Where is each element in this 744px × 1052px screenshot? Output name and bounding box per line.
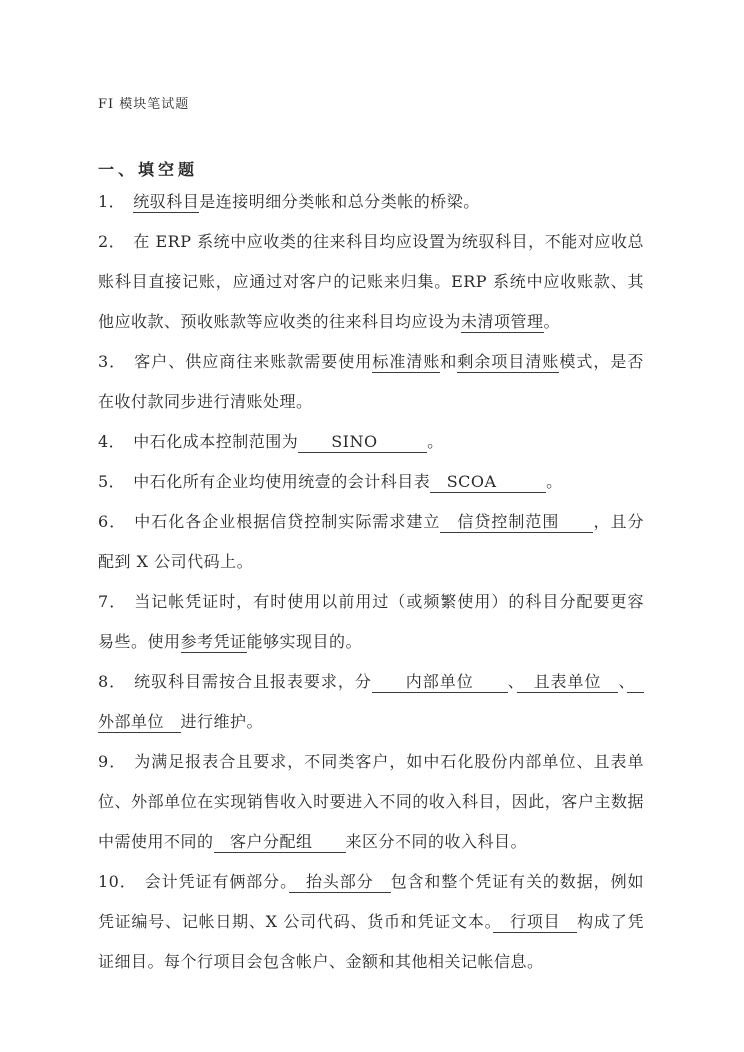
question-number: 5． xyxy=(98,472,125,491)
question-number: 1． xyxy=(98,192,125,211)
question-number: 8． xyxy=(98,672,126,691)
question-4: 4．中石化成本控制范围为 SINO 。 xyxy=(98,422,644,462)
question-text-run: 、 xyxy=(508,672,517,691)
question-text-run: 进行维护。 xyxy=(181,712,264,731)
question-text-run: 客户、供应商往来账款需要使用 xyxy=(134,352,372,371)
question-6: 6．中石化各企业根据信贷控制实际需求建立 信贷控制范围 ，且分配到 X 公司代码… xyxy=(98,502,644,582)
question-text-run: 中石化成本控制范围为 xyxy=(133,432,298,451)
answer-underlined: SINO xyxy=(298,432,427,453)
question-text-run: 会计凭证有俩部分。 xyxy=(145,872,289,891)
question-text-run: 统驭科目需按合且报表要求，分 xyxy=(134,672,372,691)
answer-underlined: 参考凭证 xyxy=(181,632,247,653)
answer-underlined: 统驭科目 xyxy=(133,192,199,213)
question-number: 4． xyxy=(98,432,125,451)
questions-list: 1．统驭科目是连接明细分类帐和总分类帐的桥梁。2．在 ERP 系统中应收类的往来… xyxy=(98,182,644,982)
question-8: 8．统驭科目需按合且报表要求，分 内部单位 、 且表单位 、 外部单位 进行维护… xyxy=(98,662,644,742)
answer-underlined: 剩余项目清账 xyxy=(457,352,559,373)
answer-underlined: SCOA xyxy=(430,472,546,493)
question-text-run: 中石化所有企业均使用统壹的会计科目表 xyxy=(133,472,430,491)
question-text-run: 来区分不同的收入科目。 xyxy=(346,832,528,851)
question-number: 3． xyxy=(98,352,126,371)
answer-underlined: 客户分配组 xyxy=(214,832,346,853)
answer-underlined: 抬头部分 xyxy=(289,872,391,893)
question-number: 9． xyxy=(98,752,126,771)
answer-underlined: 信贷控制范围 xyxy=(440,512,593,533)
answer-underlined: 未清项管理 xyxy=(461,312,544,333)
question-text-run: 中石化各企业根据信贷控制实际需求建立 xyxy=(134,512,440,531)
question-number: 2． xyxy=(98,232,125,251)
question-number: 10． xyxy=(98,872,137,891)
answer-underlined: 行项目 xyxy=(493,912,577,933)
question-1: 1．统驭科目是连接明细分类帐和总分类帐的桥梁。 xyxy=(98,182,644,222)
question-text-run: 能够实现目的。 xyxy=(247,632,363,651)
section-heading: 一、填空题 xyxy=(98,158,644,182)
question-7: 7．当记帐凭证时，有时使用以前用过（或频繁使用）的科目分配要更容易些。使用参考凭… xyxy=(98,582,644,662)
question-10: 10．会计凭证有俩部分。 抬头部分 包含和整个凭证有关的数据，例如凭证编号、记帐… xyxy=(98,862,644,982)
answer-underlined: 且表单位 xyxy=(517,672,619,693)
question-text-run: 和 xyxy=(440,352,457,371)
question-text-run: 当记帐凭证时，有时使用以前用过（或频繁使用）的科目分配要更容易些。使用 xyxy=(98,592,644,651)
document-page: FI 模块笔试题 一、填空题 1．统驭科目是连接明细分类帐和总分类帐的桥梁。2．… xyxy=(0,0,744,1052)
question-text-run: 。 xyxy=(427,432,444,451)
question-5: 5．中石化所有企业均使用统壹的会计科目表 SCOA 。 xyxy=(98,462,644,502)
question-text-run: 。 xyxy=(546,472,563,491)
question-text-run: 在 ERP 系统中应收类的往来科目均应设置为统驭科目，不能对应收总账科目直接记账… xyxy=(98,232,644,331)
question-text-run: 是连接明细分类帐和总分类帐的桥梁。 xyxy=(199,192,480,211)
question-number: 7． xyxy=(98,592,126,611)
question-text-run: 。 xyxy=(544,312,561,331)
answer-underlined: 标准清账 xyxy=(372,352,440,373)
question-3: 3．客户、供应商往来账款需要使用标准清账和剩余项目清账模式，是否在收付款同步进行… xyxy=(98,342,644,422)
question-9: 9．为满足报表合且要求，不同类客户，如中石化股份内部单位、且表单位、外部单位在实… xyxy=(98,742,644,862)
answer-underlined: 内部单位 xyxy=(372,672,508,693)
question-2: 2．在 ERP 系统中应收类的往来科目均应设置为统驭科目，不能对应收总账科目直接… xyxy=(98,222,644,342)
question-number: 6． xyxy=(98,512,126,531)
doc-title: FI 模块笔试题 xyxy=(98,96,644,114)
